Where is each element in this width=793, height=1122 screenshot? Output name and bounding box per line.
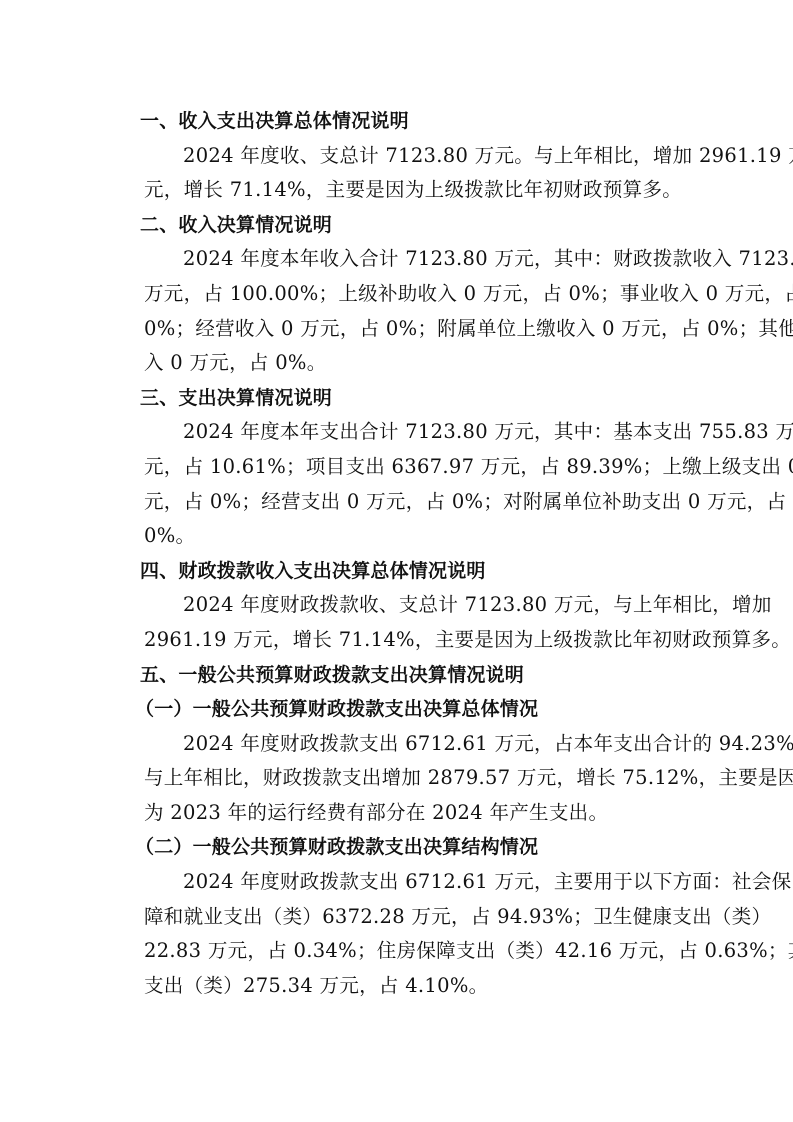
text-line: 22.83 万元，占 0.34%；住房保障支出（类）42.16 万元，占 0.6… bbox=[105, 934, 697, 969]
section-body-expenditure: 2024 年度本年支出合计 7123.80 万元，其中：基本支出 755.83 … bbox=[105, 415, 697, 553]
text-line: 2024 年度财政拨款收、支总计 7123.80 万元，与上年相比，增加 bbox=[105, 588, 697, 623]
section-body-income-expenditure-overview: 2024 年度收、支总计 7123.80 万元。与上年相比，增加 2961.19… bbox=[105, 139, 697, 208]
subsection-heading-general-public-budget-structure: （二）一般公共预算财政拨款支出决算结构情况 bbox=[105, 830, 697, 865]
section-heading-income-expenditure-overview: 一、收入支出决算总体情况说明 bbox=[105, 104, 697, 139]
text-line: 2024 年度收、支总计 7123.80 万元。与上年相比，增加 2961.19… bbox=[105, 139, 697, 174]
text-line: 支出（类）275.34 万元，占 4.10%。 bbox=[105, 969, 697, 1004]
text-line: 2024 年度本年支出合计 7123.80 万元，其中：基本支出 755.83 … bbox=[105, 415, 697, 450]
text-line: 0%。 bbox=[105, 519, 697, 554]
text-line: 2024 年度财政拨款支出 6712.61 万元，占本年支出合计的 94.23%… bbox=[105, 727, 697, 762]
text-line: 2961.19 万元，增长 71.14%，主要是因为上级拨款比年初财政预算多。 bbox=[105, 623, 697, 658]
subsection-body-general-public-budget-structure: 2024 年度财政拨款支出 6712.61 万元，主要用于以下方面：社会保 障和… bbox=[105, 865, 697, 1003]
section-heading-general-public-budget: 五、一般公共预算财政拨款支出决算情况说明 bbox=[105, 658, 697, 693]
section-body-income: 2024 年度本年收入合计 7123.80 万元，其中：财政拨款收入 7123.… bbox=[105, 242, 697, 380]
text-line: 入 0 万元，占 0%。 bbox=[105, 346, 697, 381]
text-line: 元，增长 71.14%，主要是因为上级拨款比年初财政预算多。 bbox=[105, 173, 697, 208]
subsection-heading-general-public-budget-overview: （一）一般公共预算财政拨款支出决算总体情况 bbox=[105, 692, 697, 727]
text-line: 万元，占 100.00%；上级补助收入 0 万元，占 0%；事业收入 0 万元，… bbox=[105, 277, 697, 312]
section-heading-income: 二、收入决算情况说明 bbox=[105, 208, 697, 243]
text-line: 障和就业支出（类）6372.28 万元，占 94.93%；卫生健康支出（类） bbox=[105, 900, 697, 935]
section-heading-expenditure: 三、支出决算情况说明 bbox=[105, 381, 697, 416]
section-body-fiscal-appropriation-overview: 2024 年度财政拨款收、支总计 7123.80 万元，与上年相比，增加 296… bbox=[105, 588, 697, 657]
text-line: 2024 年度本年收入合计 7123.80 万元，其中：财政拨款收入 7123.… bbox=[105, 242, 697, 277]
text-line: 为 2023 年的运行经费有部分在 2024 年产生支出。 bbox=[105, 796, 697, 831]
text-line: 元，占 0%；经营支出 0 万元，占 0%；对附属单位补助支出 0 万元，占 bbox=[105, 485, 697, 520]
text-line: 0%；经营收入 0 万元，占 0%；附属单位上缴收入 0 万元，占 0%；其他收 bbox=[105, 312, 697, 347]
text-line: 与上年相比，财政拨款支出增加 2879.57 万元，增长 75.12%，主要是因 bbox=[105, 761, 697, 796]
text-line: 2024 年度财政拨款支出 6712.61 万元，主要用于以下方面：社会保 bbox=[105, 865, 697, 900]
section-heading-fiscal-appropriation-overview: 四、财政拨款收入支出决算总体情况说明 bbox=[105, 554, 697, 589]
document-page: 一、收入支出决算总体情况说明 2024 年度收、支总计 7123.80 万元。与… bbox=[105, 104, 697, 1003]
text-line: 元，占 10.61%；项目支出 6367.97 万元，占 89.39%；上缴上级… bbox=[105, 450, 697, 485]
subsection-body-general-public-budget-overview: 2024 年度财政拨款支出 6712.61 万元，占本年支出合计的 94.23%… bbox=[105, 727, 697, 831]
